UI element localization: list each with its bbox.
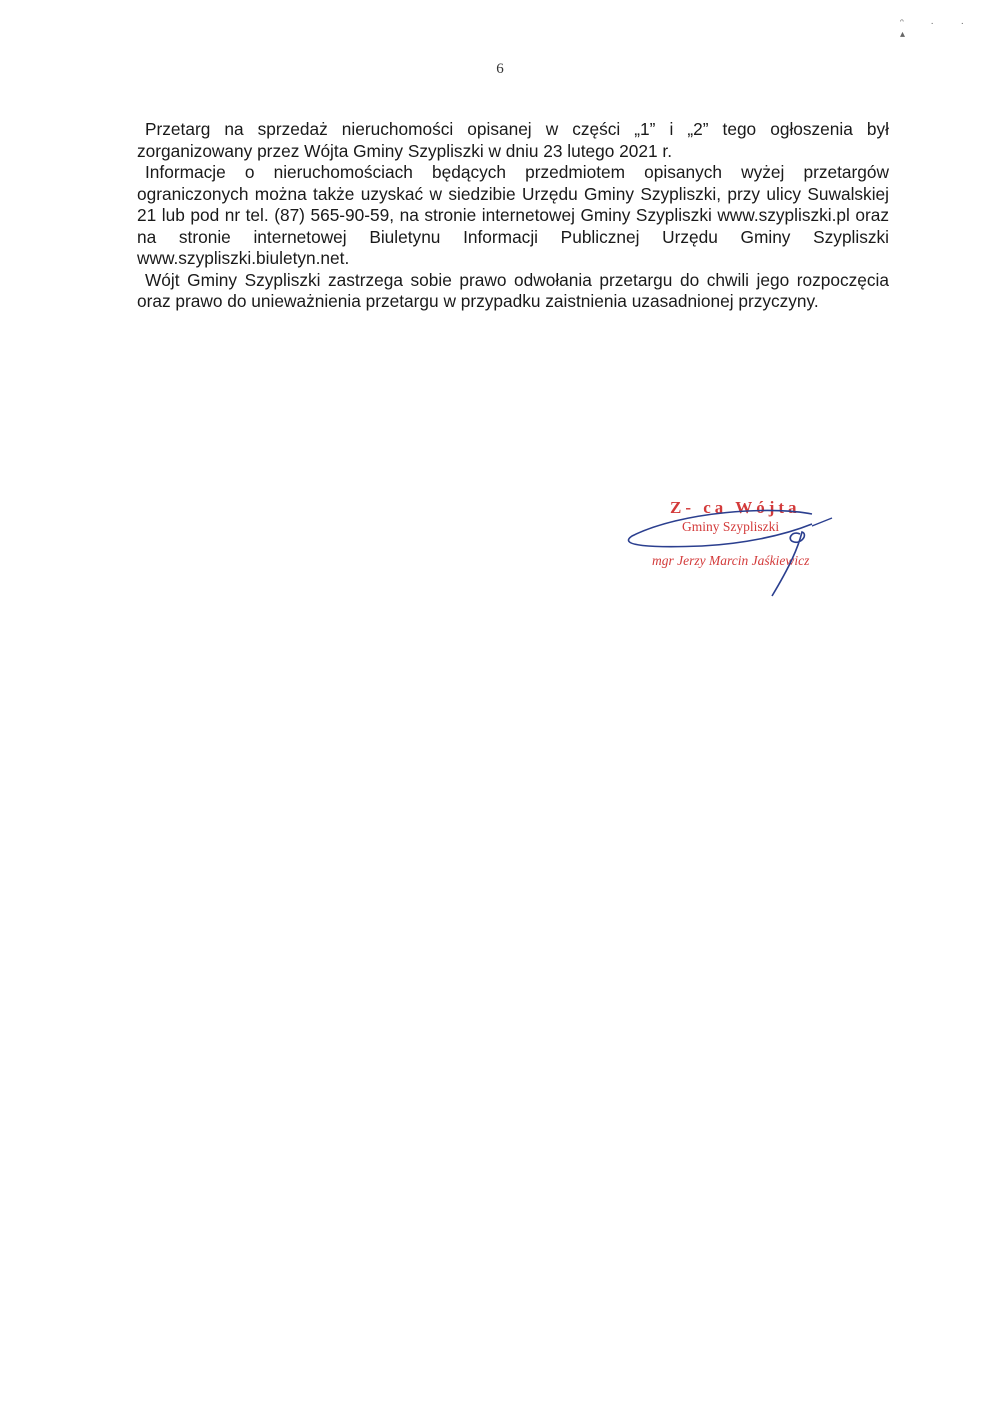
handwritten-signature (622, 496, 852, 606)
scan-artifacts: ᵔ · · ▴ (900, 18, 1000, 40)
page-number: 6 (0, 61, 1000, 78)
paragraph-contact-info: Informacje o nieruchomościach będących p… (137, 162, 889, 270)
paragraph-tender-info: Przetarg na sprzedaż nieruchomości opisa… (137, 119, 889, 162)
document-body: Przetarg na sprzedaż nieruchomości opisa… (137, 119, 889, 313)
paragraph-reservation: Wójt Gminy Szypliszki zastrzega sobie pr… (137, 270, 889, 313)
